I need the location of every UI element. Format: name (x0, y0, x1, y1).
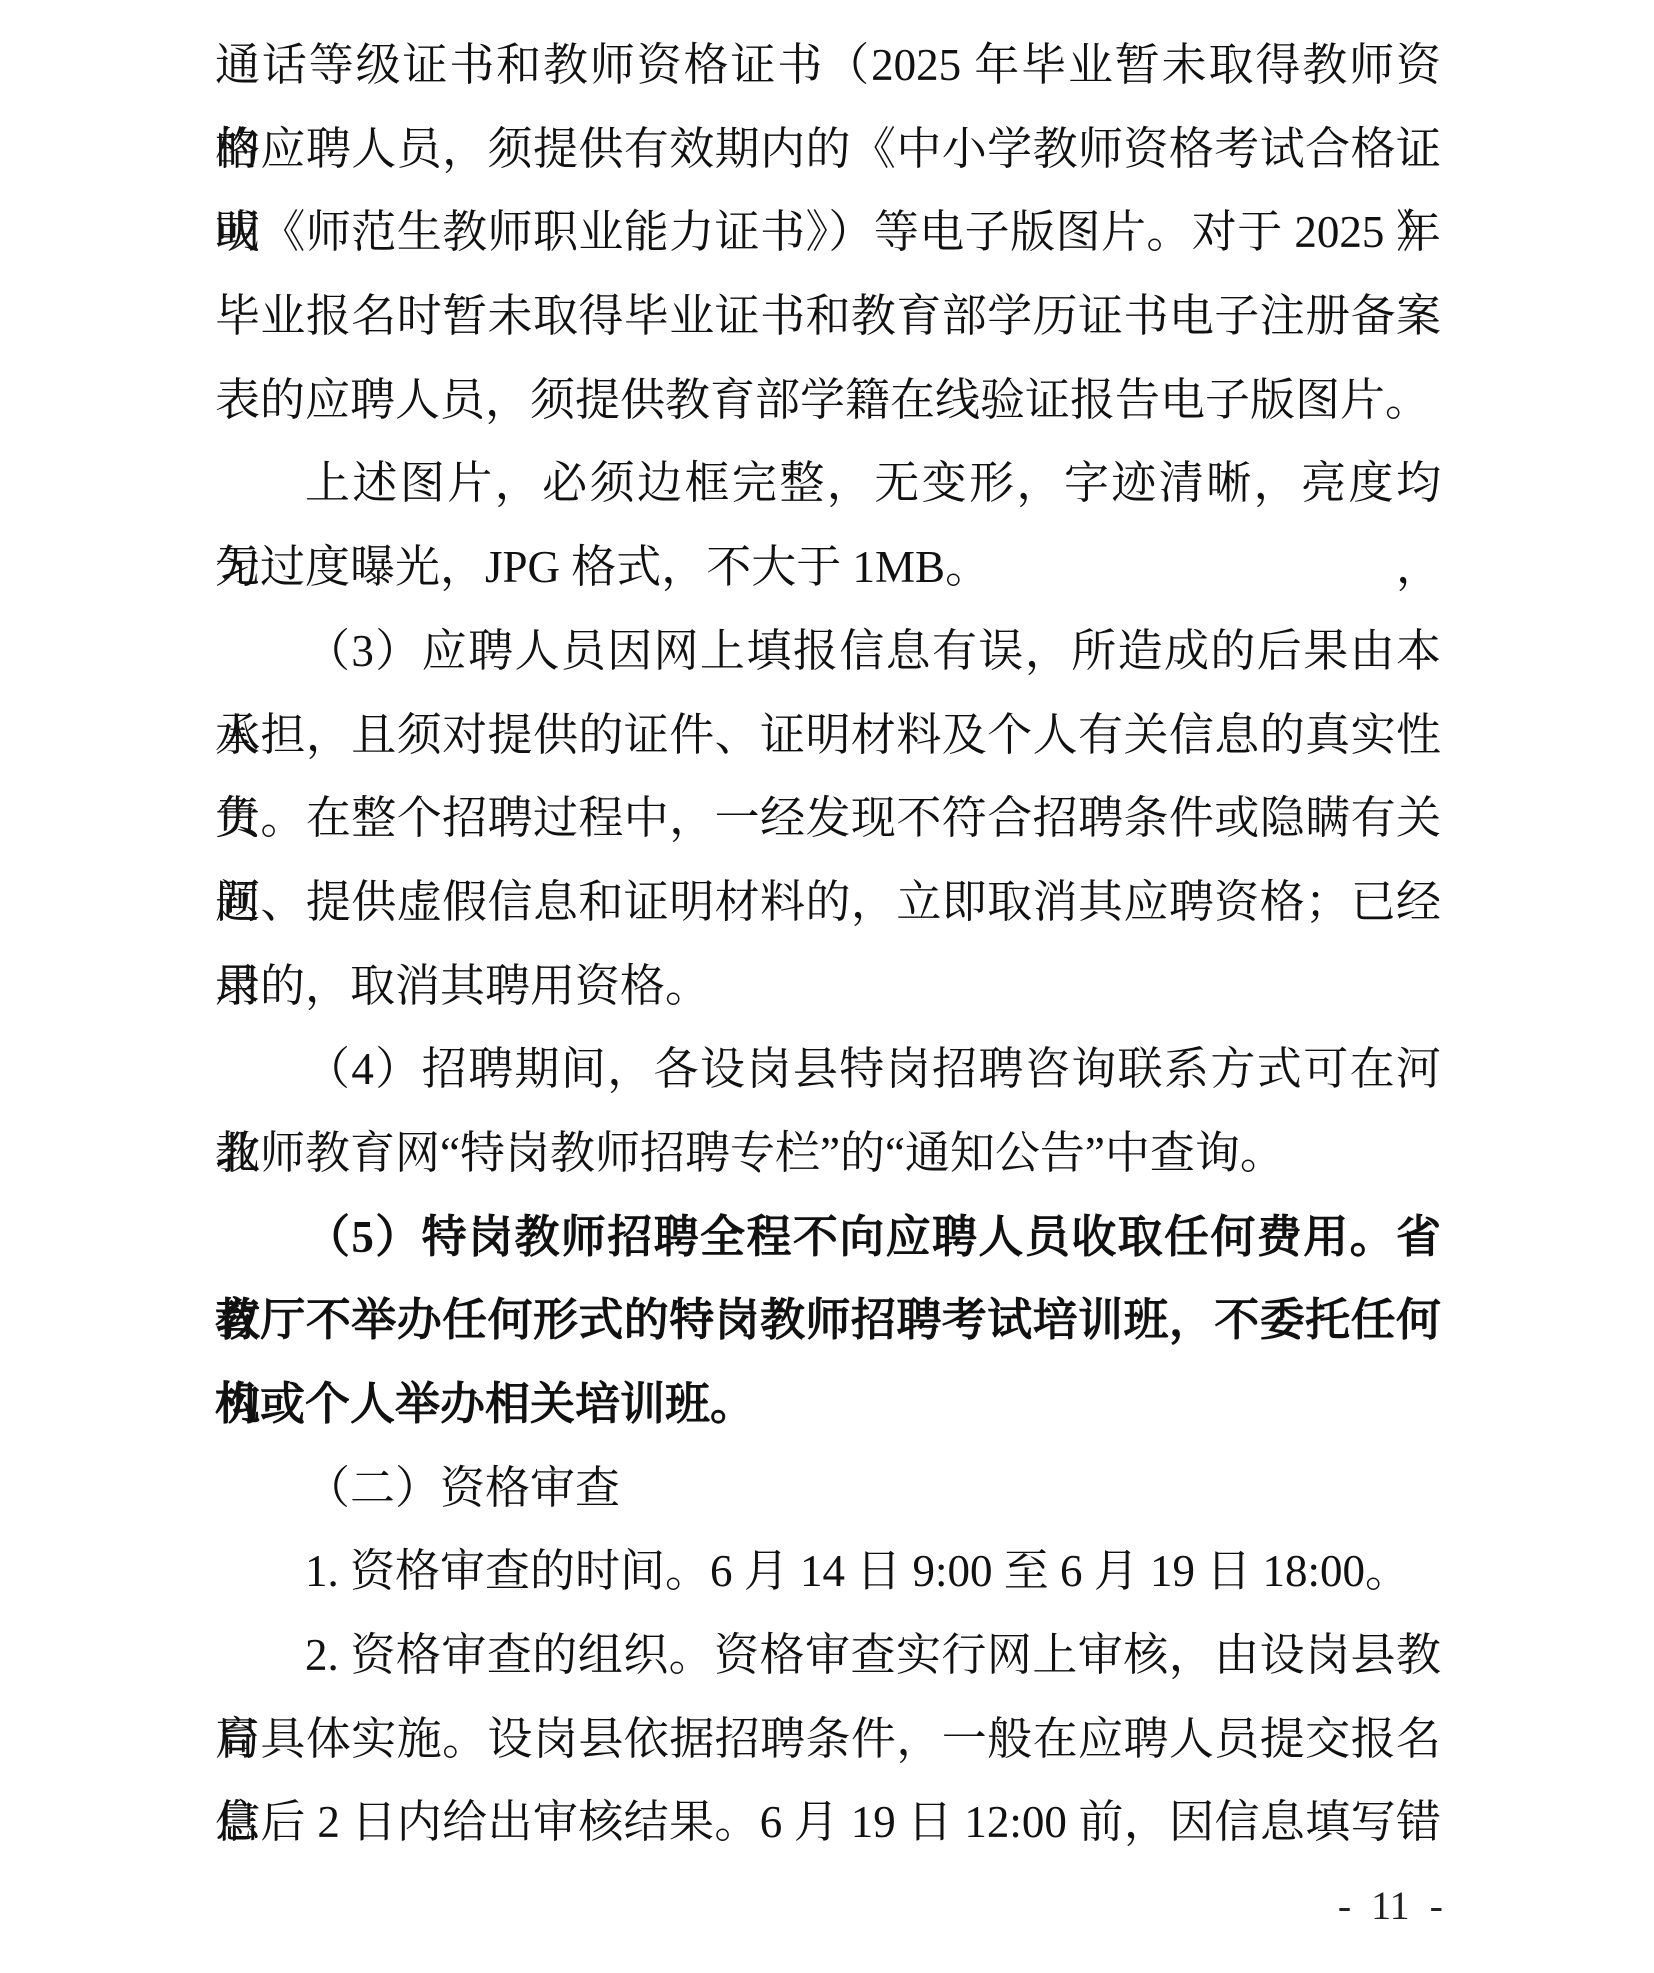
document-line-bold: （5）特岗教师招聘全程不向应聘人员收取任何费用。省教 (215, 1196, 1441, 1280)
document-line: 题、提供虚假信息和证明材料的，立即取消其应聘资格；已经录 (215, 861, 1441, 945)
document-line: 或《师范生教师职业能力证书》）等电子版图片。对于 2025 年 (215, 191, 1441, 275)
section-heading: （二）资格审查 (215, 1447, 1441, 1531)
document-line: 1. 资格审查的时间。6 月 14 日 9:00 至 6 月 19 日 18:0… (215, 1530, 1441, 1614)
document-line: 的应聘人员，须提供有效期内的《中小学教师资格考试合格证明》 (215, 108, 1441, 192)
document-body: 通话等级证书和教师资格证书（2025 年毕业暂未取得教师资格证 的应聘人员，须提… (215, 24, 1441, 1865)
document-line: 承担，且须对提供的证件、证明材料及个人有关信息的真实性负 (215, 694, 1441, 778)
document-line: （4）招聘期间，各设岗县特岗招聘咨询联系方式可在河北 (215, 1028, 1441, 1112)
document-line: 2. 资格审查的组织。资格审查实行网上审核，由设岗县教育 (215, 1614, 1441, 1698)
document-line: 息后 2 日内给出审核结果。6 月 19 日 12:00 前，因信息填写错 (215, 1781, 1441, 1865)
document-line-bold: 构或个人举办相关培训班。 (215, 1363, 1441, 1447)
document-line: 用的，取消其聘用资格。 (215, 945, 1441, 1029)
document-line: 教师教育网“特岗教师招聘专栏”的“通知公告”中查询。 (215, 1112, 1441, 1196)
document-line: 毕业报名时暂未取得毕业证书和教育部学历证书电子注册备案 (215, 275, 1441, 359)
document-page: 通话等级证书和教师资格证书（2025 年毕业暂未取得教师资格证 的应聘人员，须提… (0, 0, 1654, 1973)
document-line: 上述图片，必须边框完整，无变形，字迹清晰，亮度均匀， (215, 442, 1441, 526)
document-line-bold: 育厅不举办任何形式的特岗教师招聘考试培训班，不委托任何机 (215, 1279, 1441, 1363)
document-line: 表的应聘人员，须提供教育部学籍在线验证报告电子版图片。 (215, 359, 1441, 443)
document-line: 责。在整个招聘过程中，一经发现不符合招聘条件或隐瞒有关问 (215, 777, 1441, 861)
document-line: （3）应聘人员因网上填报信息有误，所造成的后果由本人 (215, 610, 1441, 694)
document-line: 局具体实施。设岗县依据招聘条件，一般在应聘人员提交报名信 (215, 1698, 1441, 1782)
document-line: 通话等级证书和教师资格证书（2025 年毕业暂未取得教师资格证 (215, 24, 1441, 108)
page-number: - 11 - (1338, 1884, 1443, 1928)
